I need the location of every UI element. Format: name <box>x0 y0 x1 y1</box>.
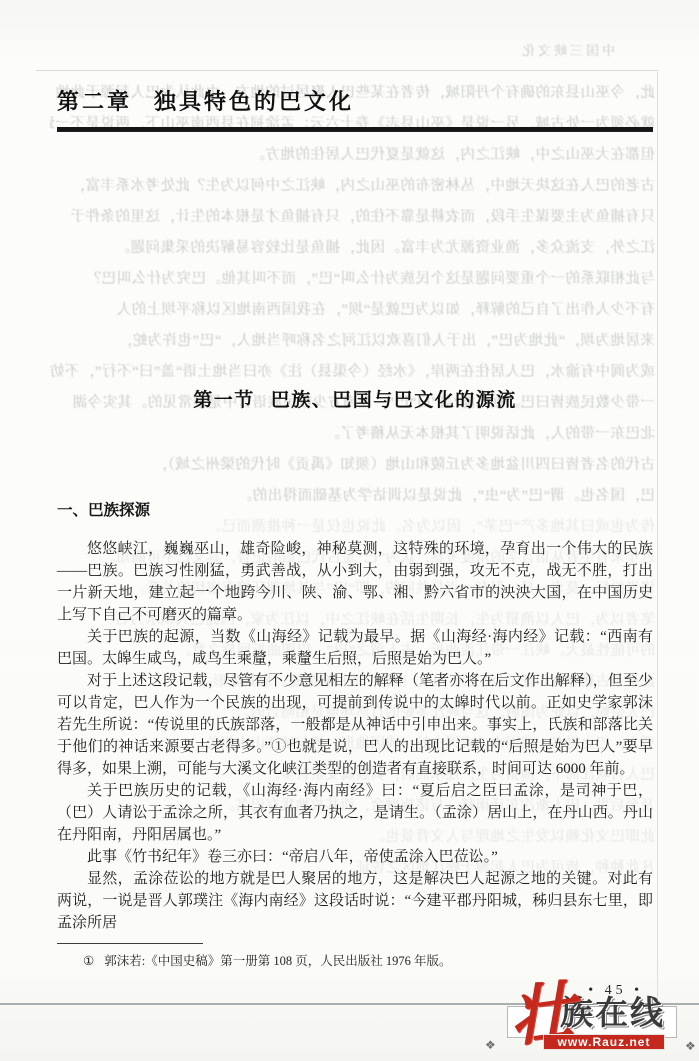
footnote-rule <box>57 943 203 944</box>
paragraph: 悠悠峡江，巍巍巫山，雄奇险峻，神秘莫测，这特殊的环境，孕育出一个伟大的民族——巴… <box>57 538 653 626</box>
watermark-name: 族在线 <box>560 995 665 1031</box>
watermark-logo: 族在线 壮 www.Rauz.net ❖ ❖ <box>480 991 699 1061</box>
scanned-book-page: 中国三峡文化 此，今巫山县东的确有个丹阳城，传者在某些巴人聚居过的地方，由此认为… <box>0 0 699 1061</box>
footnote: ①郭沫若:《中国史稿》第一册第 108 页，人民出版社 1976 年版。 <box>57 952 653 970</box>
body-paragraphs: 悠悠峡江，巍巍巫山，雄奇险峻，神秘莫测，这特殊的环境，孕育出一个伟大的民族——巴… <box>57 538 653 934</box>
paragraph: 关于巴族历史的记载，《山海经·海内南经》曰：“夏后启之臣曰孟涂，是司神于巴，（巴… <box>57 780 653 846</box>
paragraph: 显然，孟涂莅讼的地方就是巴人聚居的地方，这是解决巴人起源之地的关键。对此有两说，… <box>57 868 653 934</box>
page-content: 第二章独具特色的巴文化 第一节巴族、巴国与巴文化的源流 一、巴族探源 悠悠峡江，… <box>0 0 699 999</box>
chapter-title: 第二章独具特色的巴文化 <box>57 0 653 118</box>
watermark-url: www.Rauz.net <box>558 1035 651 1049</box>
chapter-number: 第二章 <box>57 89 132 114</box>
section-number: 第一节 <box>193 390 255 411</box>
footnote-text: 郭沫若:《中国史稿》第一册第 108 页，人民出版社 1976 年版。 <box>104 954 451 968</box>
diamond-icon: ❖ <box>685 1039 696 1054</box>
paragraph: 对于上述这段记载，尽管有不少意见相左的解释（笔者亦将在后文作出解释），但至少可以… <box>57 670 653 780</box>
chapter-name: 独具特色的巴文化 <box>154 89 354 114</box>
paragraph: 关于巴族的起源，当数《山海经》记载为最早。据《山海经·海内经》记载：“西南有巴国… <box>57 626 653 670</box>
diamond-icon: ❖ <box>485 1038 496 1053</box>
chapter-title-rule <box>57 127 653 132</box>
watermark-url-band: www.Rauz.net <box>543 1034 665 1050</box>
subsection-title: 一、巴族探源 <box>57 500 653 522</box>
footnote-marker: ① <box>83 954 94 968</box>
section-title: 第一节巴族、巴国与巴文化的源流 <box>57 386 653 416</box>
section-name: 巴族、巴国与巴文化的源流 <box>271 390 517 411</box>
paragraph: 此事《竹书纪年》卷三亦曰：“帝启八年，帝使孟涂入巴莅讼。” <box>57 846 653 868</box>
